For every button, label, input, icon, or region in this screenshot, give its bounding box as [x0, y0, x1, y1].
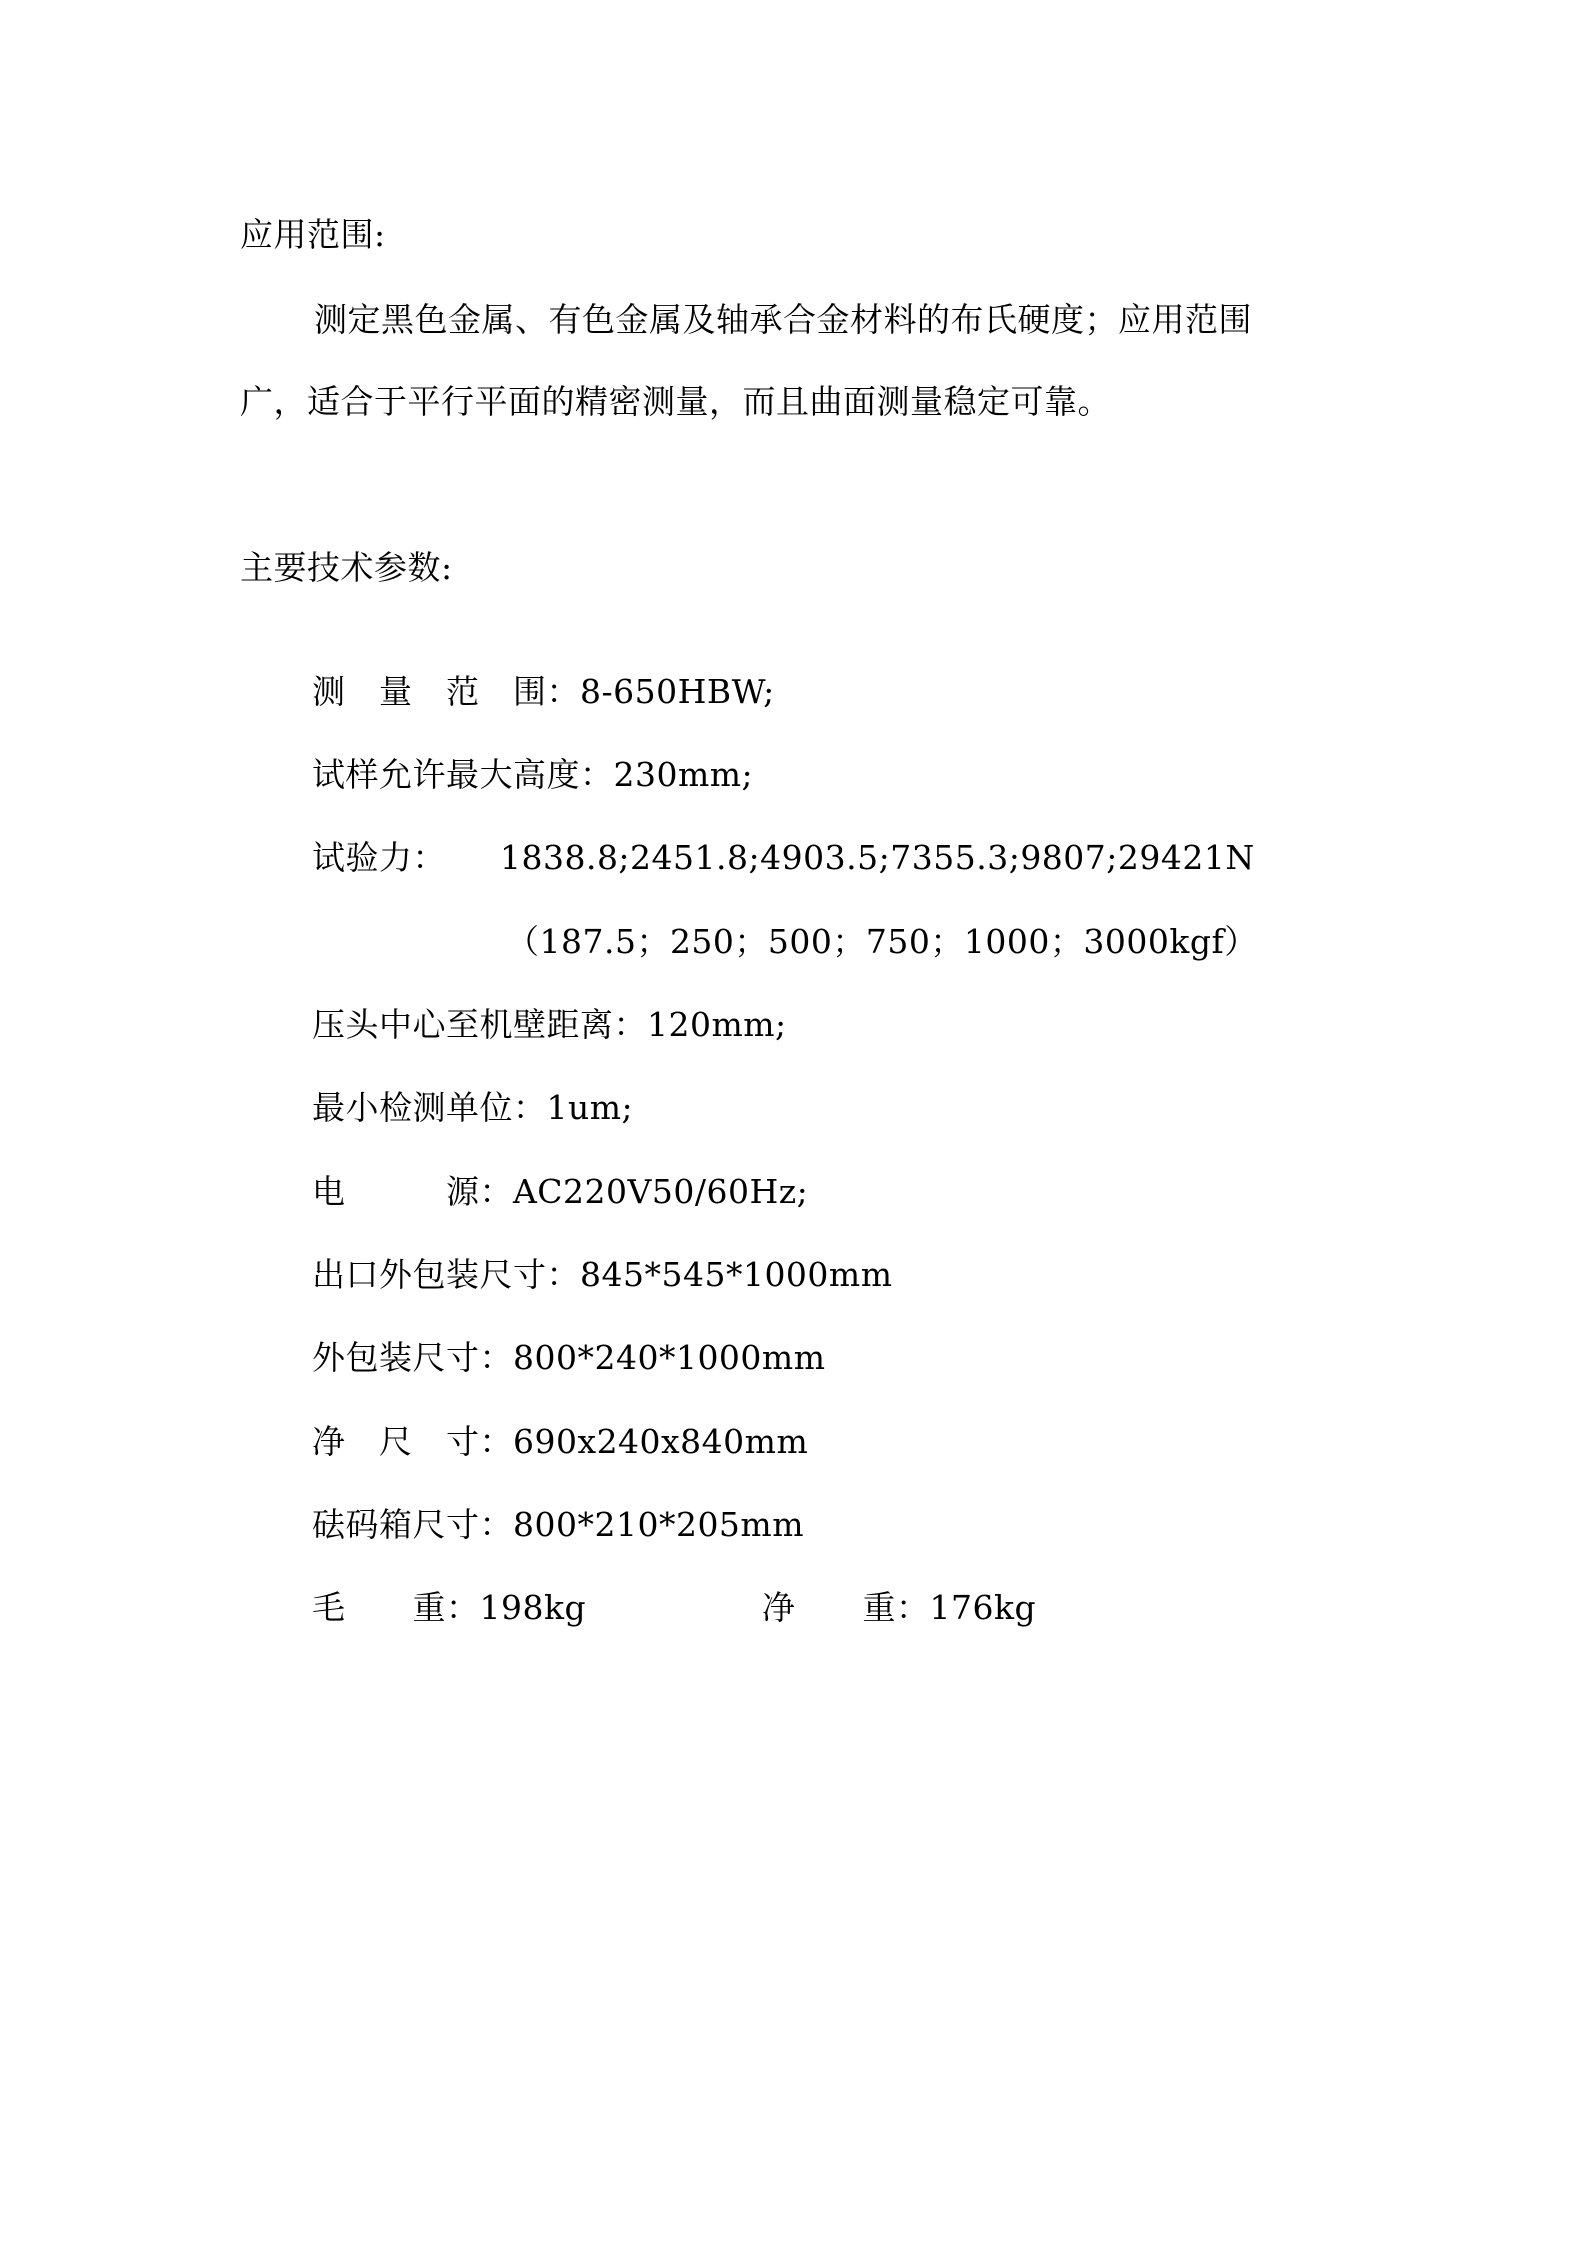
spec-label: 外包装尺寸：: [312, 1338, 513, 1378]
spec-value: 800*240*1000mm: [513, 1338, 826, 1377]
spec-value: 230mm;: [613, 755, 753, 794]
section-heading-technical-params: 主要技术参数:: [240, 548, 453, 588]
spec-value: 690x240x840mm: [513, 1422, 808, 1461]
spec-label: 净 尺 寸：: [312, 1422, 513, 1462]
spec-value: 120mm;: [647, 1005, 787, 1044]
spec-label: 电 源：: [312, 1172, 513, 1212]
spec-label: 毛 重：: [312, 1588, 480, 1628]
spec-value: 845*545*1000mm: [580, 1255, 893, 1294]
spec-value: AC220V50/60Hz;: [513, 1172, 808, 1211]
spec-value: 800*210*205mm: [513, 1505, 804, 1544]
spec-label: 砝码箱尺寸：: [312, 1505, 513, 1545]
section-heading-application-scope: 应用范围:: [240, 215, 386, 255]
spec-value: 198kg: [479, 1588, 586, 1627]
application-scope-paragraph-line-1: 测定黑色金属、有色金属及轴承合金材料的布氏硬度；应用范围: [314, 300, 1252, 340]
spec-gross-weight: 毛 重：198kg: [268, 1548, 586, 1668]
spec-value: 1um;: [546, 1088, 633, 1127]
application-scope-paragraph-line-2: 广，适合于平行平面的精密测量，而且曲面测量稳定可靠。: [240, 382, 1111, 422]
spec-label: 试验力：: [312, 838, 500, 878]
spec-label: 测 量 范 围：: [312, 672, 580, 712]
spec-label: 压头中心至机壁距离：: [312, 1005, 647, 1045]
spec-net-weight: 净 重：176kg: [718, 1548, 1036, 1668]
spec-label: 净 重：: [762, 1588, 930, 1628]
spec-label: 出口外包装尺寸：: [312, 1255, 580, 1295]
spec-value: （187.5；250；500；750；1000；3000kgf）: [506, 922, 1258, 961]
spec-value: 8-650HBW;: [580, 672, 775, 711]
spec-label: 最小检测单位：: [312, 1088, 547, 1128]
spec-value: 176kg: [929, 1588, 1036, 1627]
spec-label: 试样允许最大高度：: [312, 755, 614, 795]
spec-value: 1838.8;2451.8;4903.5;7355.3;9807;29421N: [500, 838, 1255, 877]
